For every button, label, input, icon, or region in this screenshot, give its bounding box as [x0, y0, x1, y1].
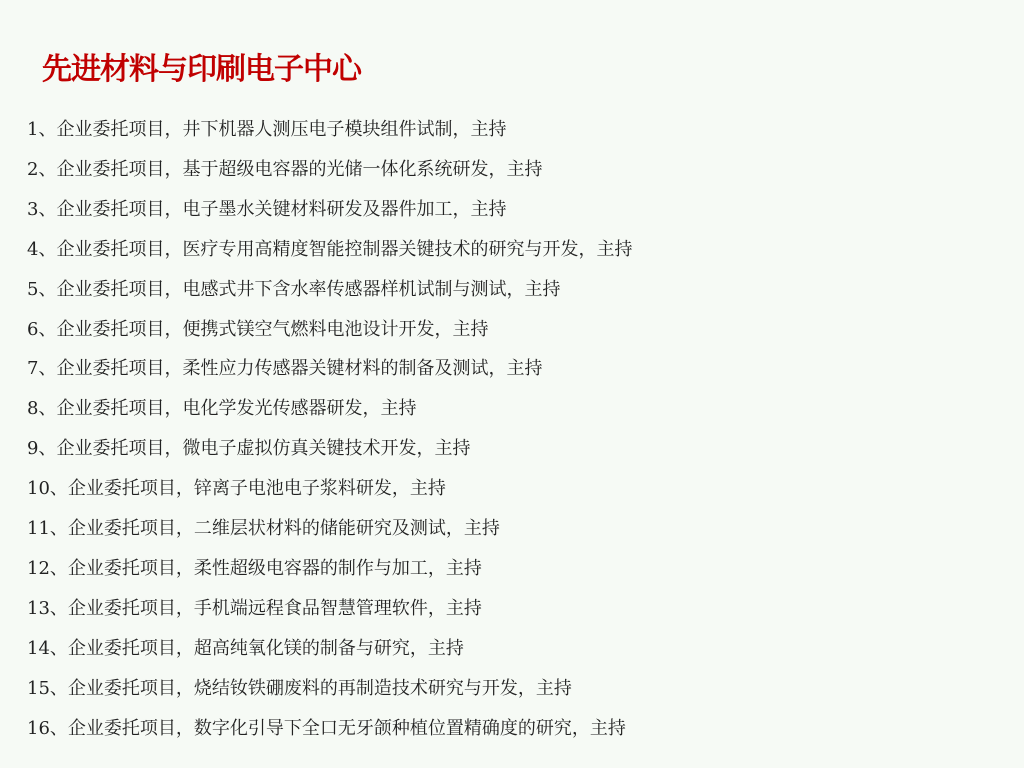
project-item: 16、企业委托项目，数字化引导下全口无牙颌种植位置精确度的研究，主持 — [27, 709, 632, 749]
project-item: 7、企业委托项目，柔性应力传感器关键材料的制备及测试，主持 — [27, 349, 632, 389]
project-item: 13、企业委托项目，手机端远程食品智慧管理软件，主持 — [27, 589, 632, 629]
slide: 先进材料与印刷电子中心 1、企业委托项目，井下机器人测压电子模块组件试制，主持 … — [0, 0, 1024, 768]
project-item: 6、企业委托项目，便携式镁空气燃料电池设计开发，主持 — [27, 310, 632, 350]
project-list: 1、企业委托项目，井下机器人测压电子模块组件试制，主持 2、企业委托项目，基于超… — [27, 110, 632, 749]
project-item: 4、企业委托项目，医疗专用高精度智能控制器关键技术的研究与开发，主持 — [27, 230, 632, 270]
project-item: 12、企业委托项目，柔性超级电容器的制作与加工，主持 — [27, 549, 632, 589]
project-item: 5、企业委托项目，电感式井下含水率传感器样机试制与测试，主持 — [27, 270, 632, 310]
slide-title: 先进材料与印刷电子中心 — [42, 50, 361, 90]
project-item: 1、企业委托项目，井下机器人测压电子模块组件试制，主持 — [27, 110, 632, 150]
project-item: 8、企业委托项目，电化学发光传感器研发，主持 — [27, 389, 632, 429]
project-item: 9、企业委托项目，微电子虚拟仿真关键技术开发，主持 — [27, 429, 632, 469]
project-item: 10、企业委托项目，锌离子电池电子浆料研发，主持 — [27, 469, 632, 509]
project-item: 3、企业委托项目，电子墨水关键材料研发及器件加工，主持 — [27, 190, 632, 230]
project-item: 11、企业委托项目，二维层状材料的储能研究及测试，主持 — [27, 509, 632, 549]
project-item: 15、企业委托项目，烧结钕铁硼废料的再制造技术研究与开发，主持 — [27, 669, 632, 709]
project-item: 2、企业委托项目，基于超级电容器的光储一体化系统研发，主持 — [27, 150, 632, 190]
project-item: 14、企业委托项目，超高纯氧化镁的制备与研究，主持 — [27, 629, 632, 669]
